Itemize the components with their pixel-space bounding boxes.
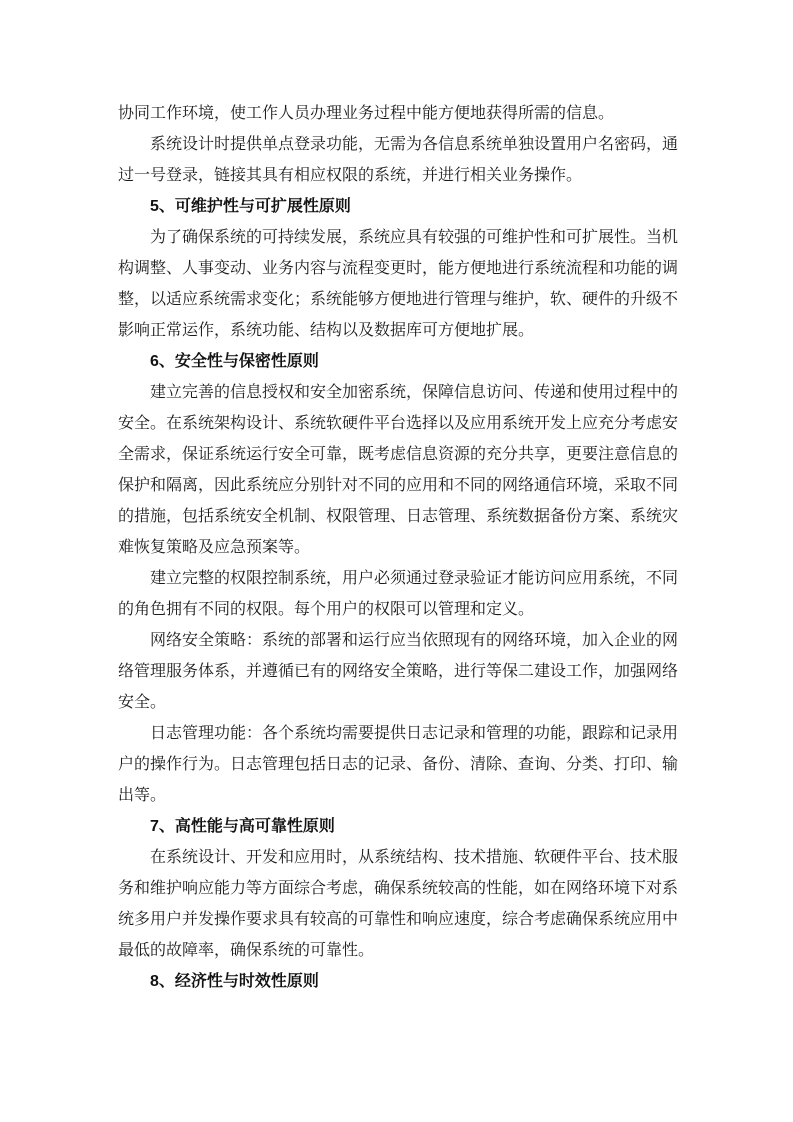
body-paragraph: 日志管理功能：各个系统均需要提供日志记录和管理的功能，跟踪和记录用户的操作行为。… xyxy=(118,718,678,811)
section-heading: 8、经济性与时效性原则 xyxy=(118,966,678,997)
body-paragraph: 建立完整的权限控制系统，用户必须通过登录验证才能访问应用系统，不同的角色拥有不同… xyxy=(118,563,678,625)
body-paragraph: 在系统设计、开发和应用时，从系统结构、技术措施、软硬件平台、技术服务和维护响应能… xyxy=(118,842,678,966)
document-page: 协同工作环境，使工作人员办理业务过程中能方便地获得所需的信息。系统设计时提供单点… xyxy=(0,0,793,1122)
section-heading: 6、安全性与保密性原则 xyxy=(118,346,678,377)
body-paragraph: 协同工作环境，使工作人员办理业务过程中能方便地获得所需的信息。 xyxy=(118,98,678,129)
body-paragraph: 系统设计时提供单点登录功能，无需为各信息系统单独设置用户名密码，通过一号登录，链… xyxy=(118,129,678,191)
body-paragraph: 网络安全策略：系统的部署和运行应当依照现有的网络环境，加入企业的网络管理服务体系… xyxy=(118,625,678,718)
section-heading: 7、高性能与高可靠性原则 xyxy=(118,811,678,842)
document-content: 协同工作环境，使工作人员办理业务过程中能方便地获得所需的信息。系统设计时提供单点… xyxy=(118,98,678,997)
body-paragraph: 为了确保系统的可持续发展，系统应具有较强的可维护性和可扩展性。当机构调整、人事变… xyxy=(118,222,678,346)
section-heading: 5、可维护性与可扩展性原则 xyxy=(118,191,678,222)
body-paragraph: 建立完善的信息授权和安全加密系统，保障信息访问、传递和使用过程中的安全。在系统架… xyxy=(118,377,678,563)
